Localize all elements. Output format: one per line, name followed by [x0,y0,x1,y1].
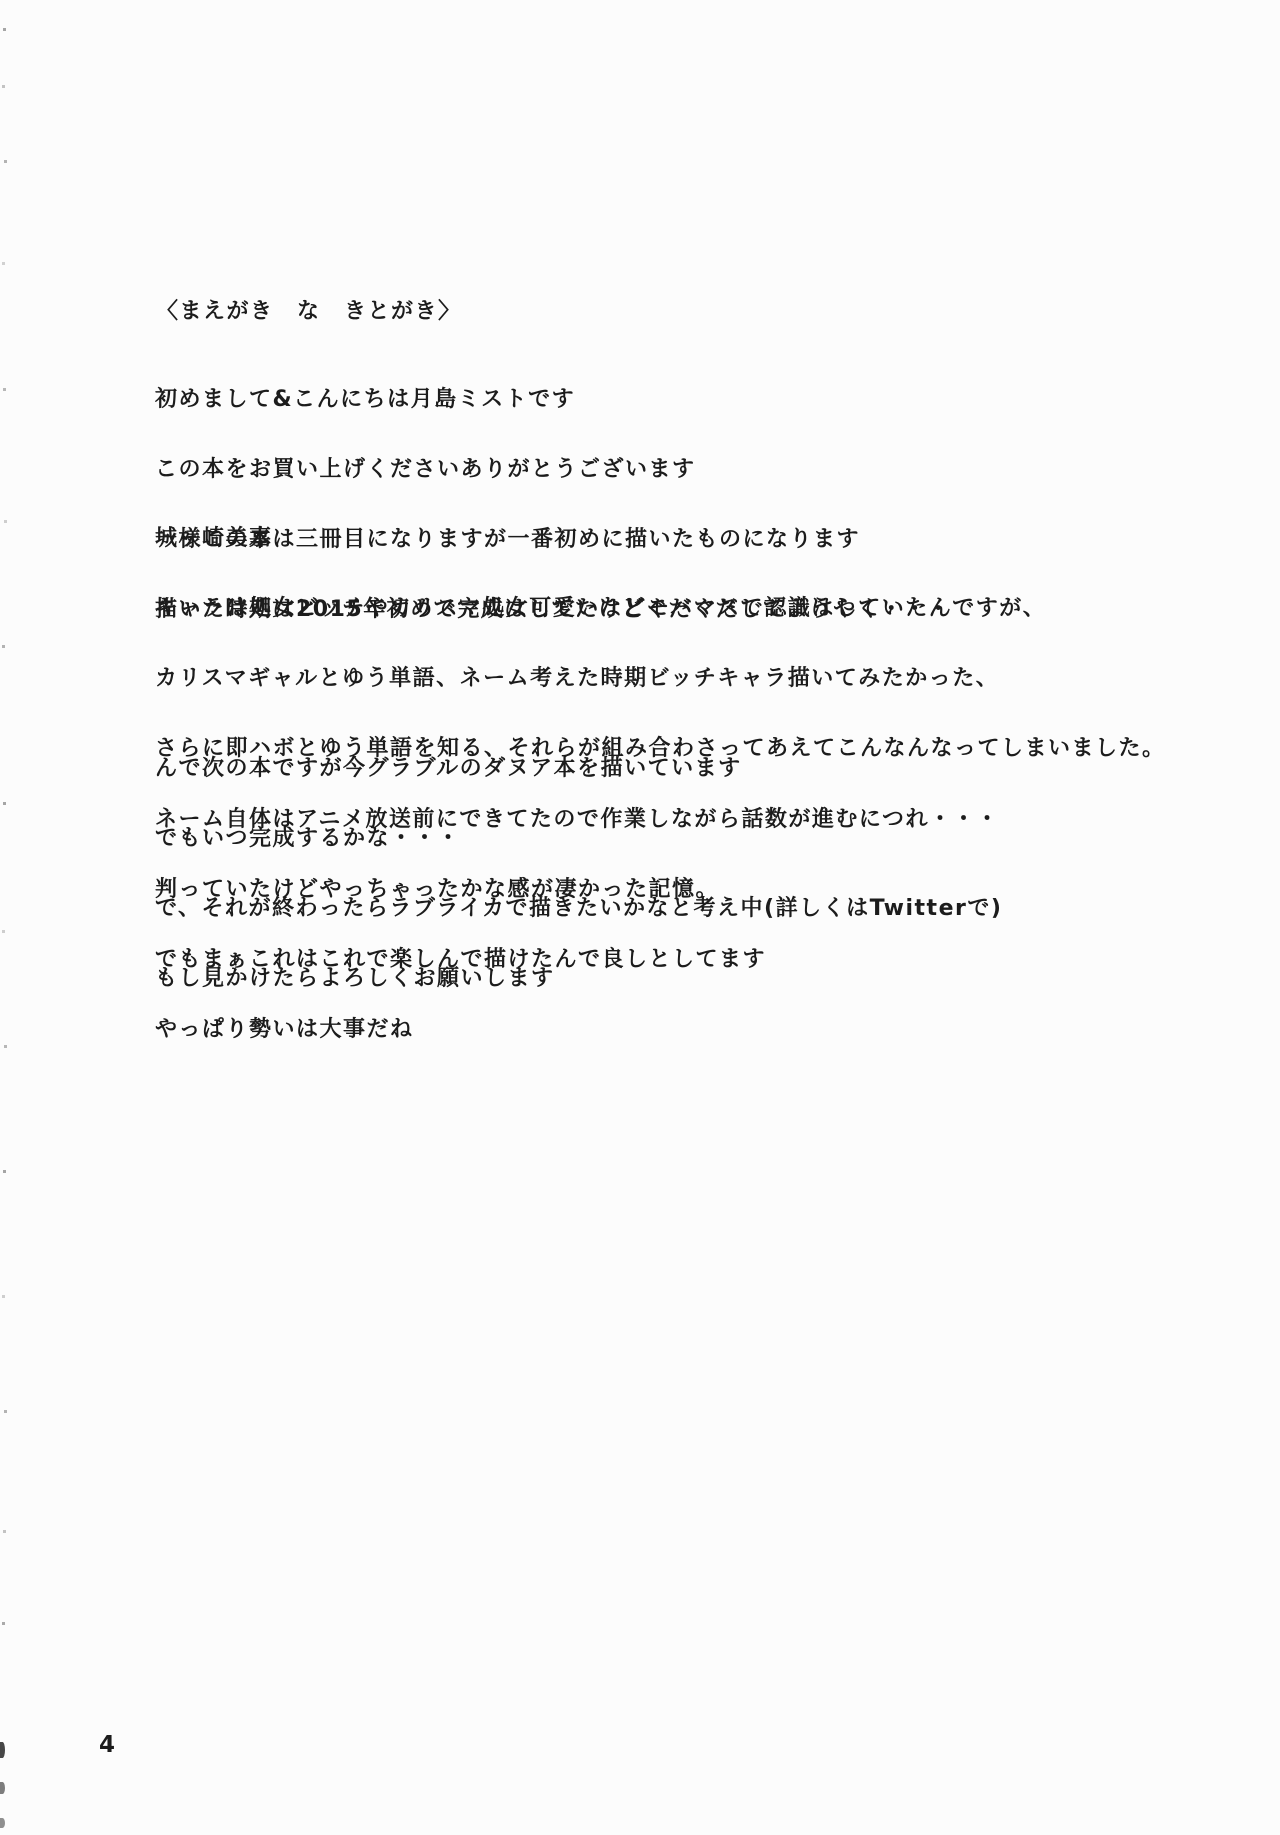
text-line: この本をお買い上げくださいありがとうございます [155,458,951,481]
scan-artifact-blob [0,1818,5,1828]
text-line: キャラは処女ビッチやカリスマ処女可愛いなどモバマスで認識はしていたんですが、 [155,597,1166,620]
scanned-page: 〈まえがき な きとがき〉 初めまして&こんにちは月島ミストです この本をお買い… [0,0,1280,1835]
text-line: 初めまして&こんにちは月島ミストです [155,388,951,411]
text-line: でもいつ完成するかな・・・ [155,827,1002,850]
text-line: んで次の本ですが今グラブルのダヌア本を描いています [155,757,1002,780]
text-line: カリスマギャルとゆう単語、ネーム考えた時期ビッチキャラ描いてみたかった、 [155,667,1166,690]
character-name: 城ヶ崎美嘉 [155,527,1166,550]
text-line: で、それが終わったらラブライカで描きたいかなと考え中(詳しくはTwitterで) [155,897,1002,920]
text-line: もし見かけたらよろしくお願いします [155,967,1002,990]
page-number: 4 [99,1732,115,1758]
scan-artifact-blob [0,1742,5,1758]
next-book-paragraph: んで次の本ですが今グラブルのダヌア本を描いています でもいつ完成するかな・・・ … [155,710,1002,1038]
afterword-heading: 〈まえがき な きとがき〉 [156,294,462,325]
scan-noise-left-edge [2,0,5,3]
scan-artifact-blob [0,1782,5,1794]
